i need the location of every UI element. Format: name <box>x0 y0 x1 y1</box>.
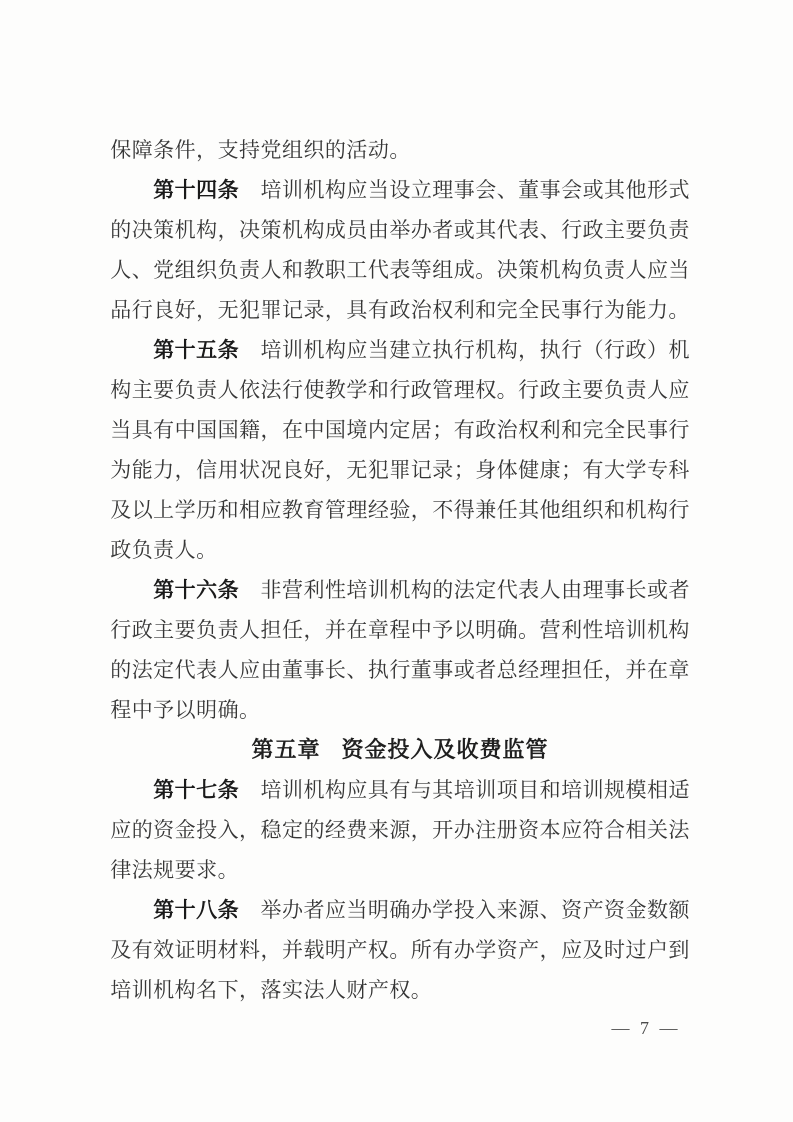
text-line: 第十四条培训机构应当设立理事会、董事会或其他形式 <box>110 170 690 210</box>
document-content: 保障条件，支持党组织的活动。第十四条培训机构应当设立理事会、董事会或其他形式的决… <box>110 130 690 1010</box>
text-line: 保障条件，支持党组织的活动。 <box>110 130 690 170</box>
text-line: 第十五条培训机构应当建立执行机构，执行（行政）机 <box>110 330 690 370</box>
article-paragraph: 第十五条培训机构应当建立执行机构，执行（行政）机构主要负责人依法行使教学和行政管… <box>110 330 690 570</box>
text-line: 为能力，信用状况良好，无犯罪记录；身体健康；有大学专科 <box>110 450 690 490</box>
text-line: 培训机构名下，落实法人财产权。 <box>110 970 690 1010</box>
article-paragraph: 第十六条非营利性培训机构的法定代表人由理事长或者行政主要负责人担任，并在章程中予… <box>110 570 690 730</box>
text-line: 人、党组织负责人和教职工代表等组成。决策机构负责人应当 <box>110 250 690 290</box>
page-number: — 7 — <box>596 1016 696 1040</box>
text-line: 应的资金投入，稳定的经费来源，开办注册资本应符合相关法 <box>110 810 690 850</box>
text-line: 程中予以明确。 <box>110 690 690 730</box>
text-line: 第十八条举办者应当明确办学投入来源、资产资金数额 <box>110 890 690 930</box>
article-paragraph: 第十七条培训机构应具有与其培训项目和培训规模相适应的资金投入，稳定的经费来源，开… <box>110 770 690 890</box>
text-line: 品行良好，无犯罪记录，具有政治权利和完全民事行为能力。 <box>110 290 690 330</box>
text-line: 及有效证明材料，并载明产权。所有办学资产，应及时过户到 <box>110 930 690 970</box>
article-paragraph: 第十四条培训机构应当设立理事会、董事会或其他形式的决策机构，决策机构成员由举办者… <box>110 170 690 330</box>
text-line: 行政主要负责人担任，并在章程中予以明确。营利性培训机构 <box>110 610 690 650</box>
text-line: 构主要负责人依法行使教学和行政管理权。行政主要负责人应 <box>110 370 690 410</box>
article-paragraph: 保障条件，支持党组织的活动。 <box>110 130 690 170</box>
article-paragraph: 第十八条举办者应当明确办学投入来源、资产资金数额及有效证明材料，并载明产权。所有… <box>110 890 690 1010</box>
scanned-document-page: 保障条件，支持党组织的活动。第十四条培训机构应当设立理事会、董事会或其他形式的决… <box>0 0 793 1122</box>
text-line: 及以上学历和相应教育管理经验，不得兼任其他组织和机构行 <box>110 490 690 530</box>
text-line: 第十七条培训机构应具有与其培训项目和培训规模相适 <box>110 770 690 810</box>
chapter-title: 资金投入及收费监管 <box>342 739 549 761</box>
text-line: 第十六条非营利性培训机构的法定代表人由理事长或者 <box>110 570 690 610</box>
text-line: 律法规要求。 <box>110 850 690 890</box>
chapter-number: 第五章 <box>251 739 320 761</box>
text-line: 的决策机构，决策机构成员由举办者或其代表、行政主要负责 <box>110 210 690 250</box>
chapter-heading: 第五章资金投入及收费监管 <box>110 730 690 770</box>
chapter-heading-line: 第五章资金投入及收费监管 <box>110 730 690 770</box>
text-line: 的法定代表人应由董事长、执行董事或者总经理担任，并在章 <box>110 650 690 690</box>
text-line: 当具有中国国籍，在中国境内定居；有政治权利和完全民事行 <box>110 410 690 450</box>
text-line: 政负责人。 <box>110 530 690 570</box>
